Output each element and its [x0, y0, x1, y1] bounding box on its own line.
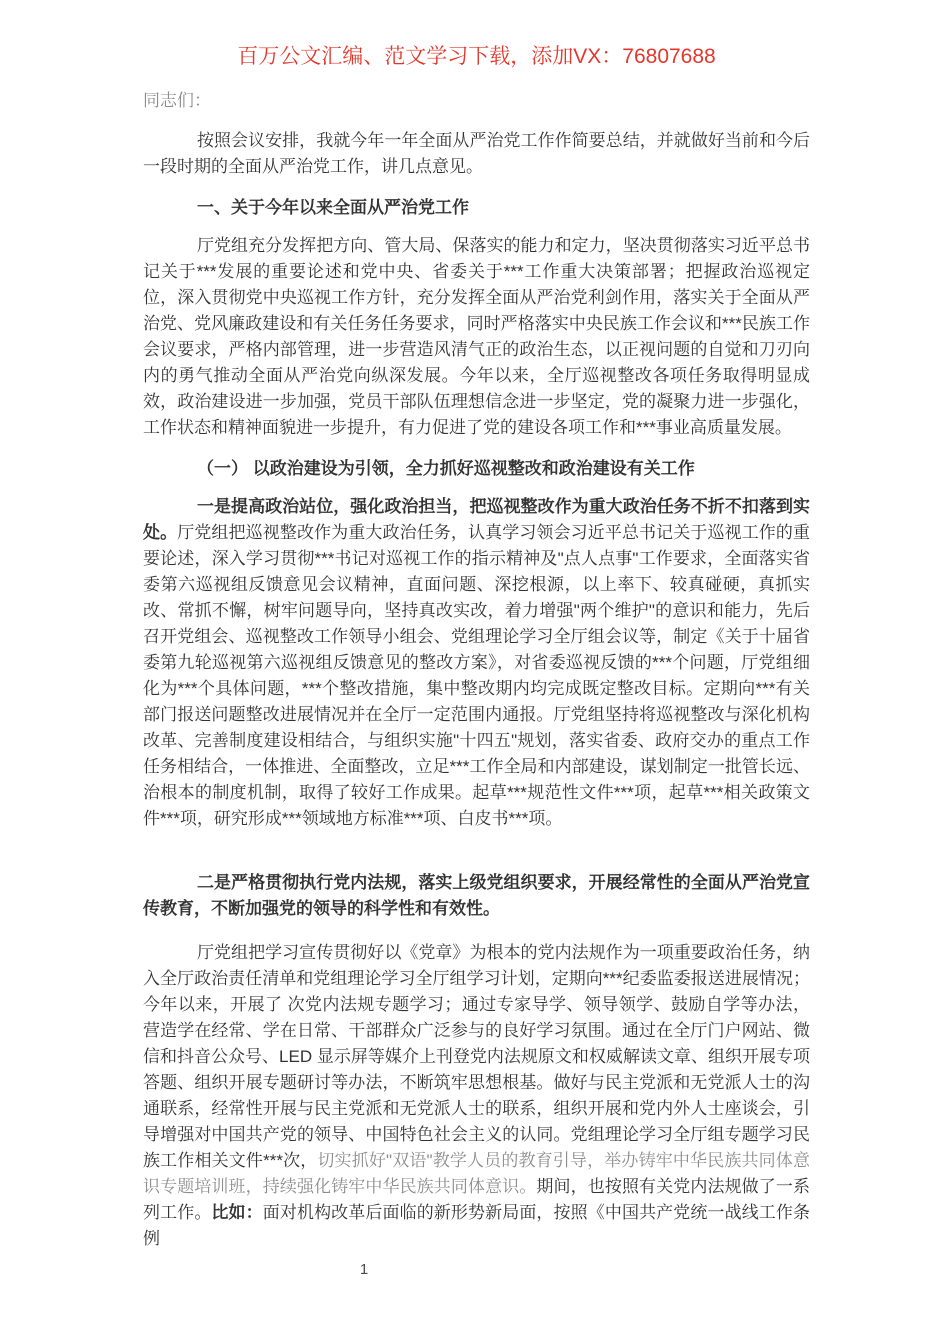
heading-subsection-1: （一） 以政治建设为引领，全力抓好巡视整改和政治建设有关工作: [143, 456, 810, 482]
text-run: （一） 以政治建设为引领，全力抓好巡视整改和政治建设有关工作: [197, 459, 695, 478]
document-page: 百万公文汇编、范文学习下载，添加VX：76807688 同志们：按照会议安排，我…: [0, 0, 950, 1344]
heading-section-1: 一、关于今年以来全面从严治党工作: [143, 195, 810, 221]
text-run: 同志们：: [143, 91, 211, 110]
text-run: 二是严格贯彻执行党内法规，落实上级党组织要求，开展经常性的全面从严治党宣传教育，…: [143, 873, 810, 918]
document-content: 百万公文汇编、范文学习下载，添加VX：76807688 同志们：按照会议安排，我…: [0, 0, 950, 1252]
document-body: 同志们：按照会议安排，我就今年一年全面从严治党工作作简要总结，并就做好当前和今后…: [143, 88, 810, 1252]
text-run: 厅党组充分发挥把方向、管大局、保落实的能力和定力，坚决贯彻落实习近平总书记关于*…: [143, 236, 810, 437]
text-run: 按照会议安排，我就今年一年全面从严治党工作作简要总结，并就做好当前和今后一段时期…: [143, 131, 810, 176]
para-overview: 厅党组充分发挥把方向、管大局、保落实的能力和定力，坚决贯彻落实习近平总书记关于*…: [143, 233, 810, 441]
heading-point-2: 二是严格贯彻执行党内法规，落实上级党组织要求，开展经常性的全面从严治党宣传教育，…: [143, 870, 810, 922]
promo-banner: 百万公文汇编、范文学习下载，添加VX：76807688: [143, 44, 810, 70]
text-run: 一、关于今年以来全面从严治党工作: [197, 198, 469, 217]
text-run: 厅党组把学习宣传贯彻好以《党章》为根本的党内法规作为一项重要政治任务，纳入全厅政…: [143, 943, 810, 1170]
text-run: 比如：: [211, 1203, 262, 1222]
text-run: 厅党组把巡视整改作为重大政治任务，认真学习领会习近平总书记关于巡视工作的重要论述…: [143, 523, 810, 828]
page-number: 1: [352, 1260, 376, 1280]
salutation: 同志们：: [143, 88, 810, 114]
para-point-2: 厅党组把学习宣传贯彻好以《党章》为根本的党内法规作为一项重要政治任务，纳入全厅政…: [143, 940, 810, 1252]
para-intro: 按照会议安排，我就今年一年全面从严治党工作作简要总结，并就做好当前和今后一段时期…: [143, 128, 810, 180]
para-point-1: 一是提高政治站位，强化政治担当，把巡视整改作为重大政治任务不折不扣落到实处。厅党…: [143, 494, 810, 832]
